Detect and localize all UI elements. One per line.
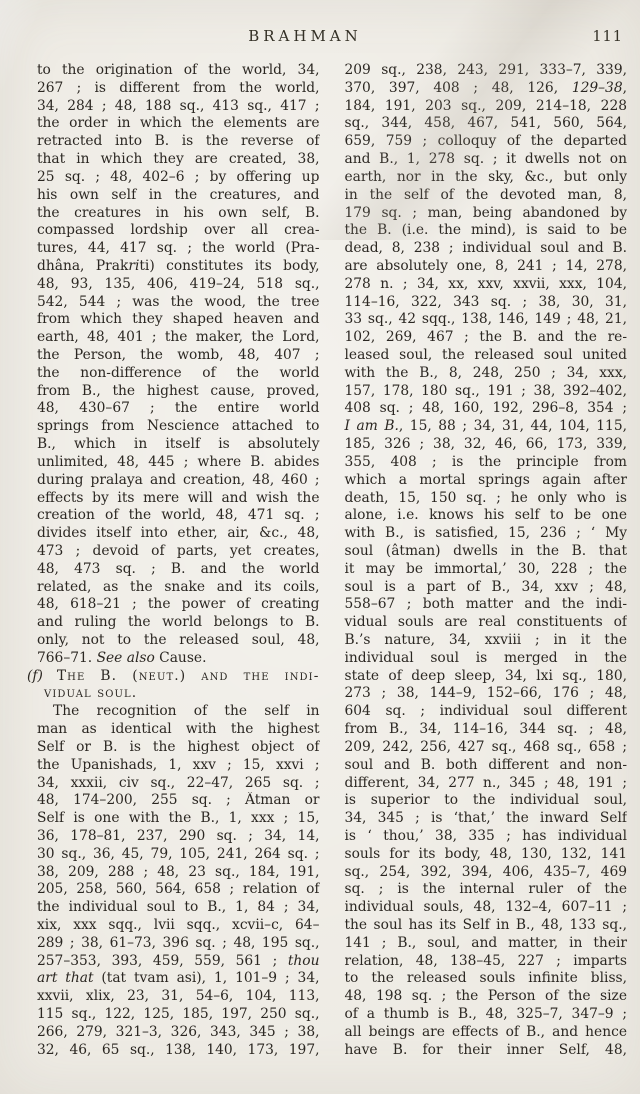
text-line: earth, 48, 401 ; the maker, the Lord,: [27, 329, 320, 347]
text-line: vidual soul.: [27, 685, 320, 703]
text-line: creation of the world, 48, 471 sq. ;: [27, 507, 320, 525]
text-line: to the released souls infinite bliss,: [335, 970, 628, 988]
text-line: with B., is satisfied, 15, 236 ; ‘ My: [335, 525, 628, 543]
text-line: soul is a part of B., 34, xxv ; 48,: [335, 579, 628, 597]
text-line: leased soul, the released soul united: [335, 347, 628, 365]
text-line: B., which in itself is absolutely: [27, 436, 320, 454]
text-line: 141 ; B., soul, and matter, in their: [335, 935, 628, 953]
text-line: xxvii, xlix, 23, 31, 54–6, 104, 113,: [27, 988, 320, 1006]
text-line: 48, 198 sq. ; the Person of the size: [335, 988, 628, 1006]
text-line: soul (âtman) dwells in the B. that: [335, 543, 628, 561]
text-line: 604 sq. ; individual soul different: [335, 703, 628, 721]
text-line: 267 ; is different from the world,: [27, 80, 320, 98]
text-line: 157, 178, 180 sq., 191 ; 38, 392–402,: [335, 383, 628, 401]
text-line: from which they shaped heaven and: [27, 311, 320, 329]
text-line: divides itself into ether, air, &c., 48,: [27, 525, 320, 543]
page-number: 111: [592, 29, 623, 45]
text-line: 558–67 ; both matter and the indi-: [335, 596, 628, 614]
text-line: unlimited, 48, 445 ; where B. abides: [27, 454, 320, 472]
text-line: springs from Nescience attached to: [27, 418, 320, 436]
text-line: the soul has its Self in B., 48, 133 sq.…: [335, 917, 628, 935]
text-line: his own self in the creatures, and: [27, 187, 320, 205]
text-line: 30 sq., 36, 45, 79, 105, 241, 264 sq. ;: [27, 846, 320, 864]
text-line: tures, 44, 417 sq. ; the world (Pra-: [27, 240, 320, 258]
text-line: individual soul is merged in the: [335, 650, 628, 668]
text-line: 34, xxxii, civ sq., 22–47, 265 sq. ;: [27, 775, 320, 793]
text-line: that in which they are created, 38,: [27, 151, 320, 169]
text-line: 34, 345 ; is ‘that,’ the inward Self: [335, 810, 628, 828]
text-line: is ‘ thou,’ 38, 335 ; has individual: [335, 828, 628, 846]
left-column: to the origination of the world, 34,267 …: [27, 62, 320, 1060]
text-line: have B. for their inner Self, 48,: [335, 1042, 628, 1060]
text-line: only, not to the released soul, 48,: [27, 632, 320, 650]
text-line: the Person, the womb, 48, 407 ;: [27, 347, 320, 365]
text-line: sq. ; is the internal ruler of the: [335, 881, 628, 899]
text-line: 115 sq., 122, 125, 185, 197, 250 sq.,: [27, 1006, 320, 1024]
text-line: is superior to the individual soul,: [335, 792, 628, 810]
text-line: Self is one with the B., 1, xxx ; 15,: [27, 810, 320, 828]
text-line: the creatures in his own self, B.: [27, 205, 320, 223]
text-line: and B., 1, 278 sq. ; it dwells not on: [335, 151, 628, 169]
text-line: 48, 618–21 ; the power of creating: [27, 596, 320, 614]
text-line: state of deep sleep, 34, lxi sq., 180,: [335, 668, 628, 686]
text-line: 370, 397, 408 ; 48, 126, 129–38,: [335, 80, 628, 98]
text-line: all beings are effects of B., and hence: [335, 1024, 628, 1042]
text-line: 209 sq., 238, 243, 291, 333–7, 339,: [335, 62, 628, 80]
text-line: of a thumb is B., 48, 325–7, 347–9 ;: [335, 1006, 628, 1024]
text-line: 185, 326 ; 38, 32, 46, 66, 173, 339,: [335, 436, 628, 454]
text-line: 408 sq. ; 48, 160, 192, 296–8, 354 ;: [335, 400, 628, 418]
text-line: related, as the snake and its coils,: [27, 579, 320, 597]
text-line: 48, 174–200, 255 sq. ; Âtman or: [27, 792, 320, 810]
text-line: 34, 284 ; 48, 188 sq., 413 sq., 417 ;: [27, 98, 320, 116]
text-line: alone, i.e. knows his self to be one: [335, 507, 628, 525]
text-line: with the B., 8, 248, 250 ; 34, xxx,: [335, 365, 628, 383]
text-line: souls for its body, 48, 130, 132, 141: [335, 846, 628, 864]
text-line: death, 15, 150 sq. ; he only who is: [335, 490, 628, 508]
text-line: the non-difference of the world: [27, 365, 320, 383]
text-line: 205, 258, 560, 564, 658 ; relation of: [27, 881, 320, 899]
text-line: 48, 93, 135, 406, 419–24, 518 sq.,: [27, 276, 320, 294]
text-line: 33 sq., 42 sqq., 138, 146, 149 ; 48, 21,: [335, 311, 628, 329]
text-line: sq., 344, 458, 467, 541, 560, 564,: [335, 115, 628, 133]
text-line: 38, 209, 288 ; 48, 23 sq., 184, 191,: [27, 864, 320, 882]
text-line: 257–353, 393, 459, 559, 561 ; thou: [27, 953, 320, 971]
text-line: 32, 46, 65 sq., 138, 140, 173, 197,: [27, 1042, 320, 1060]
text-line: relation, 48, 138–45, 227 ; imparts: [335, 953, 628, 971]
text-line: 542, 544 ; was the wood, the tree: [27, 294, 320, 312]
text-line: 48, 473 sq. ; B. and the world: [27, 561, 320, 579]
text-line: 355, 408 ; is the principle from: [335, 454, 628, 472]
text-line: from B., the highest cause, proved,: [27, 383, 320, 401]
running-title: BRAHMAN: [0, 27, 610, 45]
text-line: the individual soul to B., 1, 84 ; 34,: [27, 899, 320, 917]
text-line: 179 sq. ; man, being abandoned by: [335, 205, 628, 223]
text-line: sq., 254, 392, 394, 406, 435–7, 469: [335, 864, 628, 882]
text-line: 766–71. See also Cause.: [27, 650, 320, 668]
text-line: effects by its mere will and wish the: [27, 490, 320, 508]
text-line: 25 sq. ; 48, 402–6 ; by offering up: [27, 169, 320, 187]
text-line: 36, 178–81, 237, 290 sq. ; 34, 14,: [27, 828, 320, 846]
text-line: and ruling the world belongs to B.: [27, 614, 320, 632]
text-line: retracted into B. is the reverse of: [27, 133, 320, 151]
text-line: earth, nor in the sky, &c., but only: [335, 169, 628, 187]
text-line: 184, 191, 203 sq., 209, 214–18, 228: [335, 98, 628, 116]
text-line: 659, 759 ; colloquy of the departed: [335, 133, 628, 151]
text-line: The recognition of the self in: [27, 703, 320, 721]
text-line: I am B., 15, 88 ; 34, 31, 44, 104, 115,: [335, 418, 628, 436]
text-line: 266, 279, 321–3, 326, 343, 345 ; 38,: [27, 1024, 320, 1042]
text-line: xix, xxx sqq., lvii sqq., xcvii–c, 64–: [27, 917, 320, 935]
text-line: 48, 430–67 ; the entire world: [27, 400, 320, 418]
text-line: to the origination of the world, 34,: [27, 62, 320, 80]
text-line: in the self of the devoted man, 8,: [335, 187, 628, 205]
text-line: individual souls, 48, 132–4, 607–11 ;: [335, 899, 628, 917]
text-line: the B. (i.e. the mind), is said to be: [335, 222, 628, 240]
text-line: Self or B. is the highest object of: [27, 739, 320, 757]
text-line: 114–16, 322, 343 sq. ; 38, 30, 31,: [335, 294, 628, 312]
text-line: 273 ; 38, 144–9, 152–66, 176 ; 48,: [335, 685, 628, 703]
text-line: 473 ; devoid of parts, yet creates,: [27, 543, 320, 561]
text-line: which a mortal springs again after: [335, 472, 628, 490]
text-line: it may be immortal,’ 30, 228 ; the: [335, 561, 628, 579]
page-header: BRAHMAN 111: [0, 0, 640, 49]
text-line: the order in which the elements are: [27, 115, 320, 133]
text-line: 102, 269, 467 ; the B. and the re-: [335, 329, 628, 347]
text-line: different, 34, 277 n., 345 ; 48, 191 ;: [335, 775, 628, 793]
text-line: vidual souls are real constituents of: [335, 614, 628, 632]
text-columns: to the origination of the world, 34,267 …: [0, 49, 640, 1060]
text-line: (f) The B. (neut.) and the indi-: [27, 668, 320, 686]
text-line: are absolutely one, 8, 241 ; 14, 278,: [335, 258, 628, 276]
text-line: from B., 34, 114–16, 344 sq. ; 48,: [335, 721, 628, 739]
text-line: 209, 242, 256, 427 sq., 468 sq., 658 ;: [335, 739, 628, 757]
book-page: BRAHMAN 111 to the origination of the wo…: [0, 0, 640, 1094]
text-line: dhâna, Prakriti) constitutes its body,: [27, 258, 320, 276]
right-column: 209 sq., 238, 243, 291, 333–7, 339,370, …: [335, 62, 628, 1060]
text-line: 289 ; 38, 61–73, 396 sq. ; 48, 195 sq.,: [27, 935, 320, 953]
text-line: dead, 8, 238 ; individual soul and B.: [335, 240, 628, 258]
text-line: during pralaya and creation, 48, 460 ;: [27, 472, 320, 490]
text-line: 278 n. ; 34, xx, xxv, xxvii, xxx, 104,: [335, 276, 628, 294]
text-line: compassed lordship over all crea-: [27, 222, 320, 240]
text-line: the Upanishads, 1, xxv ; 15, xxvi ;: [27, 757, 320, 775]
text-line: man as identical with the highest: [27, 721, 320, 739]
text-line: art that (tat tvam asi), 1, 101–9 ; 34,: [27, 970, 320, 988]
text-line: soul and B. both different and non-: [335, 757, 628, 775]
text-line: B.’s nature, 34, xxviii ; in it the: [335, 632, 628, 650]
